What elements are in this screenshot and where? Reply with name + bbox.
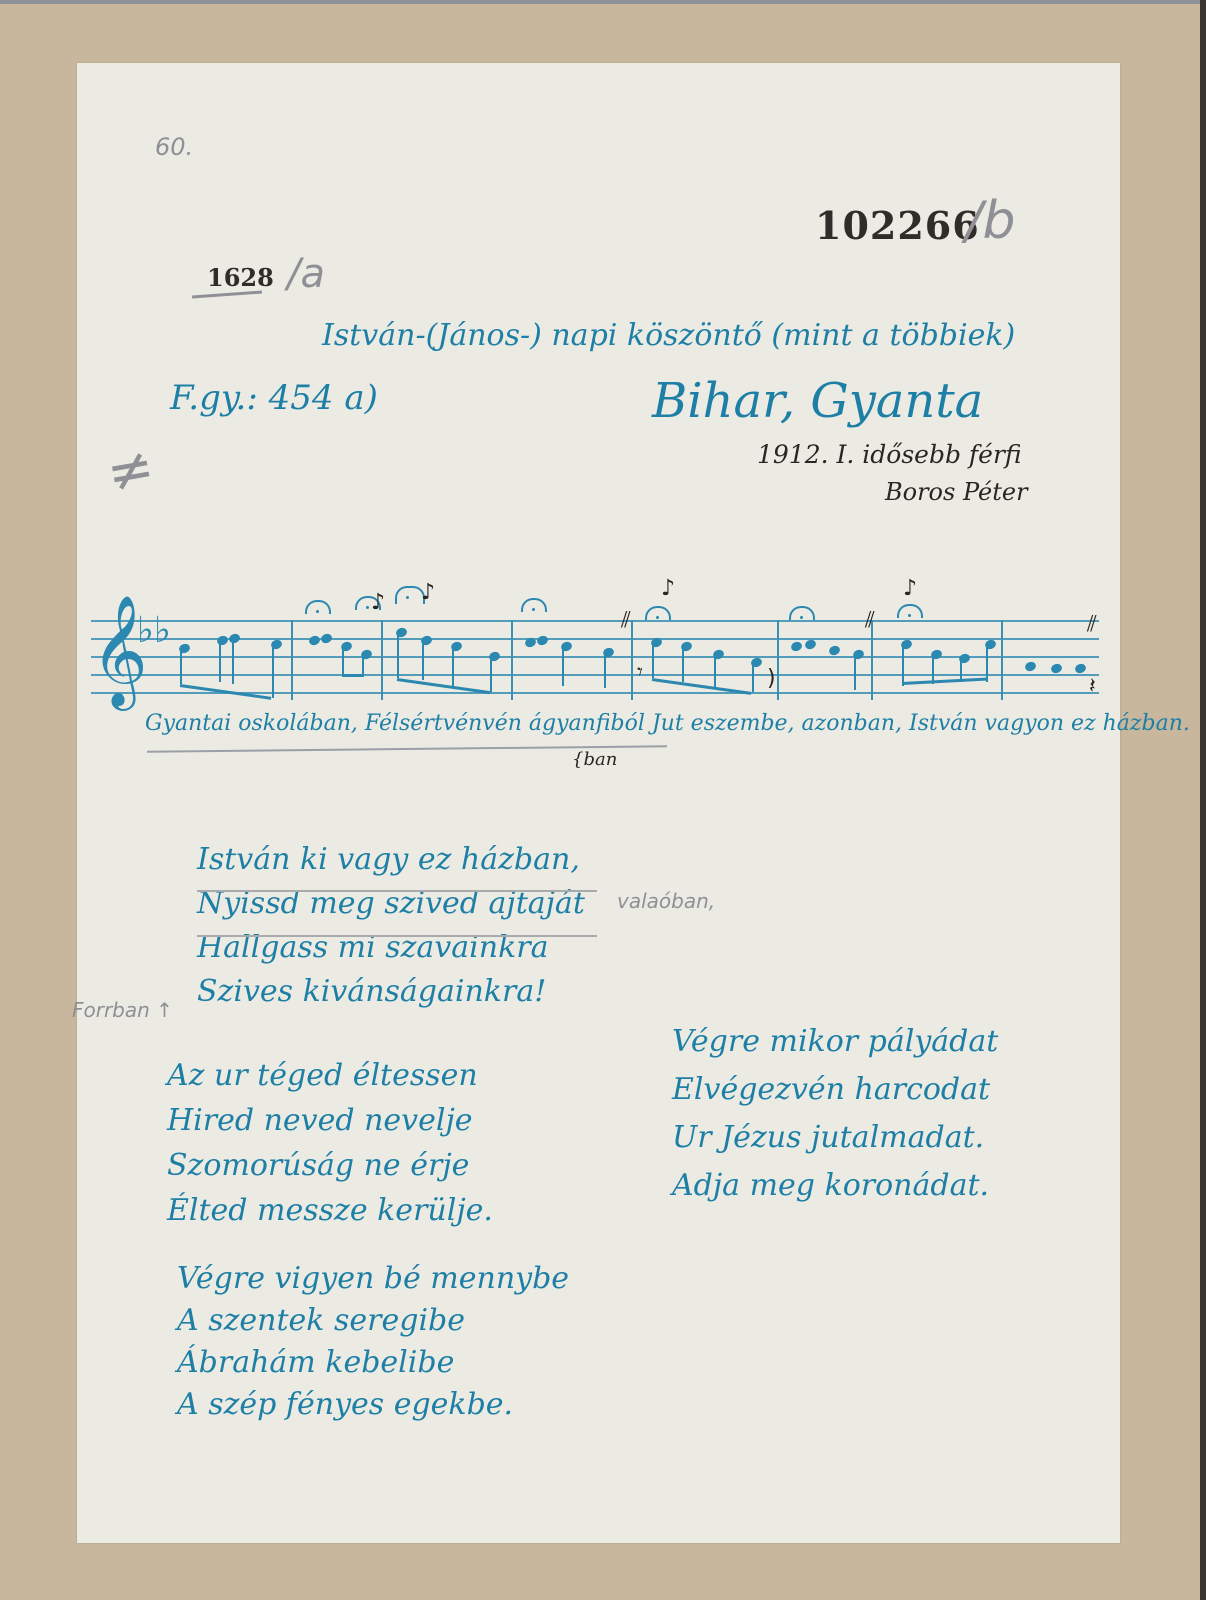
pencil-addition: valaóban, bbox=[617, 889, 715, 913]
fermata-icon bbox=[521, 598, 547, 612]
note-stem bbox=[272, 644, 274, 698]
note-stem bbox=[714, 654, 716, 688]
note-stem bbox=[397, 632, 399, 678]
note bbox=[216, 634, 229, 646]
note-stem bbox=[232, 636, 234, 684]
fermata-icon bbox=[897, 604, 923, 618]
staff-line bbox=[91, 674, 1099, 676]
lyrics-alternative: {ban bbox=[572, 749, 617, 770]
verse-line: Szives kivánságainkra! bbox=[197, 970, 585, 1014]
archive-number-suffix: /b bbox=[965, 191, 1016, 251]
note-stem bbox=[452, 646, 454, 686]
grace-note-icon: ♪ bbox=[903, 576, 917, 601]
verse-line: Elvégezvén harcodat bbox=[672, 1066, 998, 1114]
note bbox=[320, 632, 333, 644]
note bbox=[1050, 662, 1063, 674]
song-title: István-(János-) napi köszöntő (mint a tö… bbox=[322, 318, 1015, 353]
song-lyrics-line: Gyantai oskolában, Félsértvénvén ágyanfi… bbox=[145, 711, 1190, 736]
record-number-suffix: /a bbox=[287, 251, 325, 297]
note-beam bbox=[902, 678, 988, 685]
collection-location: Bihar, Gyanta bbox=[652, 373, 983, 429]
breath-mark-icon: ) bbox=[767, 666, 776, 691]
tremolo-mark-icon: ⫽ bbox=[621, 608, 631, 633]
verse-line: Hallgass mi szavainkra bbox=[197, 926, 585, 970]
note-stem bbox=[180, 648, 182, 684]
barline bbox=[381, 620, 383, 700]
note-stem bbox=[342, 646, 344, 676]
note-stem bbox=[219, 638, 221, 682]
performer-name: Boros Péter bbox=[885, 478, 1028, 506]
staff-line bbox=[91, 620, 1099, 622]
tremolo-mark-icon: ⫽ bbox=[1087, 612, 1097, 637]
note bbox=[790, 640, 803, 652]
rest-icon: 𝄽 bbox=[1089, 674, 1096, 699]
note-beam bbox=[342, 674, 364, 677]
pencil-mark-icon: ≠ bbox=[102, 434, 159, 506]
verse-line: Adja meg koronádat. bbox=[672, 1162, 998, 1210]
fermata-icon bbox=[645, 606, 671, 620]
grace-note-icon: ♪ bbox=[421, 580, 435, 605]
note-stem bbox=[854, 654, 856, 690]
stanza-2: Az ur téged éltessen Hired neved nevelje… bbox=[167, 1053, 493, 1233]
verse-line: István ki vagy ez házban, bbox=[197, 838, 585, 882]
verse-line: Végre vigyen bé mennybe bbox=[177, 1258, 569, 1300]
verse-line: Az ur téged éltessen bbox=[167, 1053, 493, 1098]
record-number-stamp: 1628 bbox=[207, 263, 274, 292]
note-stem bbox=[562, 646, 564, 686]
verse-line: Végre mikor pályádat bbox=[672, 1018, 998, 1066]
verse-line: A szép fényes egekbe. bbox=[177, 1384, 569, 1426]
cardboard-right-edge bbox=[1200, 0, 1206, 1600]
pencil-underline bbox=[197, 890, 597, 892]
stanza-1: István ki vagy ez házban, Nyissd meg szi… bbox=[197, 838, 585, 1014]
verse-line: A szentek seregibe bbox=[177, 1300, 569, 1342]
note bbox=[1024, 660, 1037, 672]
verse-line: Ábrahám kebelibe bbox=[177, 1342, 569, 1384]
key-signature-flats-icon: ♭♭ bbox=[137, 610, 171, 651]
rest-icon: 𝄾 bbox=[637, 660, 643, 685]
cardboard-top-edge bbox=[0, 0, 1206, 4]
barline bbox=[511, 620, 513, 700]
note-stem bbox=[752, 662, 754, 692]
note-stem bbox=[986, 644, 988, 682]
pencil-margin-note: Forrban ↑ bbox=[72, 998, 173, 1022]
barline bbox=[631, 620, 633, 700]
note-stem bbox=[604, 652, 606, 688]
grace-note-icon: ♪ bbox=[661, 576, 675, 601]
stanza-3: Végre vigyen bé mennybe A szentek seregi… bbox=[177, 1258, 569, 1426]
note-stem bbox=[652, 642, 654, 678]
pencil-underline bbox=[197, 935, 597, 937]
verse-line: Ur Jézus jutalmadat. bbox=[672, 1114, 998, 1162]
barline bbox=[777, 620, 779, 700]
page-number: 60. bbox=[155, 133, 193, 161]
verse-line: Élted messze kerülje. bbox=[167, 1188, 493, 1233]
fermata-icon bbox=[789, 606, 815, 620]
note bbox=[228, 632, 241, 644]
note bbox=[308, 634, 321, 646]
note-stem bbox=[682, 646, 684, 682]
staff-line bbox=[91, 656, 1099, 658]
barline bbox=[291, 620, 293, 700]
note bbox=[828, 644, 841, 656]
grace-note-icon: ♪ bbox=[371, 590, 385, 615]
stanza-4: Végre mikor pályádat Elvégezvén harcodat… bbox=[672, 1018, 998, 1210]
verse-line: Hired neved nevelje bbox=[167, 1098, 493, 1143]
note-stem bbox=[902, 644, 904, 686]
note-stem bbox=[490, 656, 492, 692]
tremolo-mark-icon: ⫽ bbox=[865, 608, 875, 633]
fermata-icon bbox=[305, 600, 331, 614]
catalog-reference: F.gy.: 454 a) bbox=[170, 378, 378, 418]
note bbox=[804, 638, 817, 650]
barline bbox=[1001, 620, 1003, 700]
collection-date: 1912. I. idősebb férfi bbox=[757, 440, 1022, 469]
music-staff: 𝄞 ♭♭ bbox=[91, 620, 1099, 700]
archive-number-stamp: 102266 bbox=[815, 203, 980, 248]
verse-line: Szomorúság ne érje bbox=[167, 1143, 493, 1188]
note bbox=[1074, 662, 1087, 674]
note bbox=[536, 634, 549, 646]
staff-line bbox=[91, 638, 1099, 640]
verse-line: Nyissd meg szived ajtaját bbox=[197, 882, 585, 926]
manuscript-page: 60. 1628 /a 102266 /b István-(János-) na… bbox=[77, 63, 1120, 1543]
note-stem bbox=[422, 640, 424, 680]
note-stem bbox=[362, 654, 364, 676]
